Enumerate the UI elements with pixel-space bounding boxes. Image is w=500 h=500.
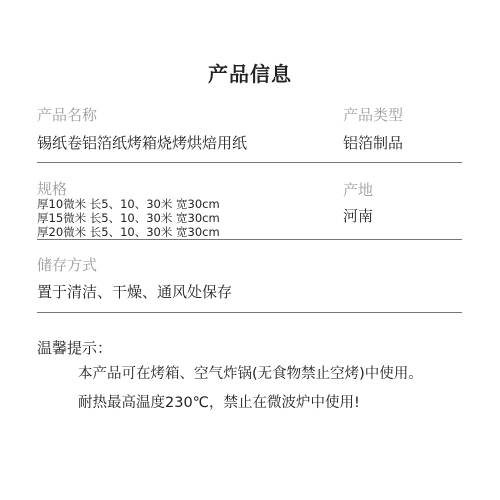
product-name-label: 产品名称 <box>37 104 97 125</box>
product-type-value: 铝箔制品 <box>343 132 403 153</box>
specs-label: 规格 <box>37 178 67 199</box>
notice-title: 温馨提示： <box>37 337 112 358</box>
page-title: 产品信息 <box>0 58 500 87</box>
notice-line-1: 本产品可在烤箱、空气炸锅(无食物禁止空烤)中使用。 <box>78 362 423 383</box>
origin-label: 产地 <box>343 179 373 200</box>
spec-line-2: 厚15微米 长5、10、30米 宽30cm <box>37 211 220 225</box>
product-type-label: 产品类型 <box>343 104 403 125</box>
storage-value: 置于清洁、干燥、通风处保存 <box>37 281 232 302</box>
storage-label: 储存方式 <box>37 254 97 275</box>
divider-1 <box>37 162 462 163</box>
origin-value: 河南 <box>343 205 373 226</box>
spec-line-1: 厚10微米 长5、10、30米 宽30cm <box>37 197 220 211</box>
divider-2 <box>37 239 462 240</box>
divider-3 <box>37 312 462 313</box>
spec-line-3: 厚20微米 长5、10、30米 宽30cm <box>37 225 220 239</box>
product-name-value: 锡纸卷铝箔纸烤箱烧烤烘焙用纸 <box>37 132 247 153</box>
notice-line-2: 耐热最高温度230℃，禁止在微波炉中使用! <box>78 391 360 412</box>
